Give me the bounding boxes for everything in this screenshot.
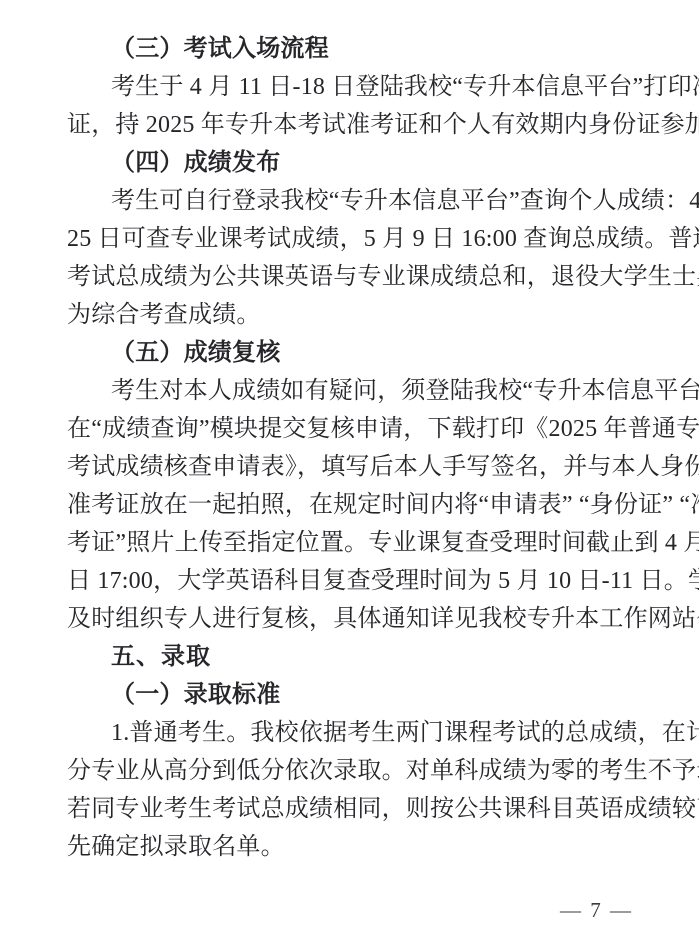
paragraph-score-review-line-1: 考生对本人成绩如有疑问，须登陆我校“专升本信息平台”， <box>67 372 639 410</box>
subsection-heading-3-line-1: （三）考试入场流程 <box>67 30 639 68</box>
paragraph-score-review-line-5: 考证”照片上传至指定位置。专业课复查受理时间截止到 4 月 26 <box>67 524 639 562</box>
subsection-heading-1-criteria-line-1: （一）录取标准 <box>67 676 639 714</box>
paragraph-admission-criteria-line-4: 先确定拟录取名单。 <box>67 828 639 866</box>
paragraph-score-review-line-2: 在“成绩查询”模块提交复核申请，下载打印《2025 年普通专升本 <box>67 410 639 448</box>
paragraph-admission-criteria-line-2: 分专业从高分到低分依次录取。对单科成绩为零的考生不予录取。 <box>67 752 639 790</box>
paragraph-entry-procedure-line-2: 证，持 2025 年专升本考试准考证和个人有效期内身份证参加考试。 <box>67 106 639 144</box>
paragraph-score-review-line-3: 考试成绩核查申请表》，填写后本人手写签名，并与本人身份证、 <box>67 448 639 486</box>
subsection-heading-5-line-1: （五）成绩复核 <box>67 334 639 372</box>
paragraph-score-review-line-4: 准考证放在一起拍照，在规定时间内将“申请表” “身份证” “准 <box>67 486 639 524</box>
paragraph-score-release-line-4: 为综合考查成绩。 <box>67 296 639 334</box>
section-heading-5-admission-line-1: 五、录取 <box>67 638 639 676</box>
document-page: （三）考试入场流程考生于 4 月 11 日-18 日登陆我校“专升本信息平台”打… <box>0 0 699 939</box>
page-number: — 7 — <box>560 898 633 923</box>
paragraph-score-release-line-1: 考生可自行登录我校“专升本信息平台”查询个人成绩：4 月 <box>67 182 639 220</box>
paragraph-admission-criteria-line-3: 若同专业考生考试总成绩相同，则按公共课科目英语成绩较高者优 <box>67 790 639 828</box>
paragraph-entry-procedure-line-1: 考生于 4 月 11 日-18 日登陆我校“专升本信息平台”打印准考 <box>67 68 639 106</box>
document-content: （三）考试入场流程考生于 4 月 11 日-18 日登陆我校“专升本信息平台”打… <box>67 30 639 866</box>
paragraph-score-release-line-3: 考试总成绩为公共课英语与专业课成绩总和，退役大学生士兵成绩 <box>67 258 639 296</box>
subsection-heading-4-line-1: （四）成绩发布 <box>67 144 639 182</box>
paragraph-admission-criteria-line-1: 1.普通考生。我校依据考生两门课程考试的总成绩，在计划内 <box>67 714 639 752</box>
paragraph-score-release-line-2: 25 日可查专业课考试成绩，5 月 9 日 16:00 查询总成绩。普通考生 <box>67 220 639 258</box>
paragraph-score-review-line-6: 日 17:00，大学英语科目复查受理时间为 5 月 10 日-11 日。学校将 <box>67 562 639 600</box>
paragraph-score-review-line-7: 及时组织专人进行复核，具体通知详见我校专升本工作网站公告。 <box>67 600 639 638</box>
